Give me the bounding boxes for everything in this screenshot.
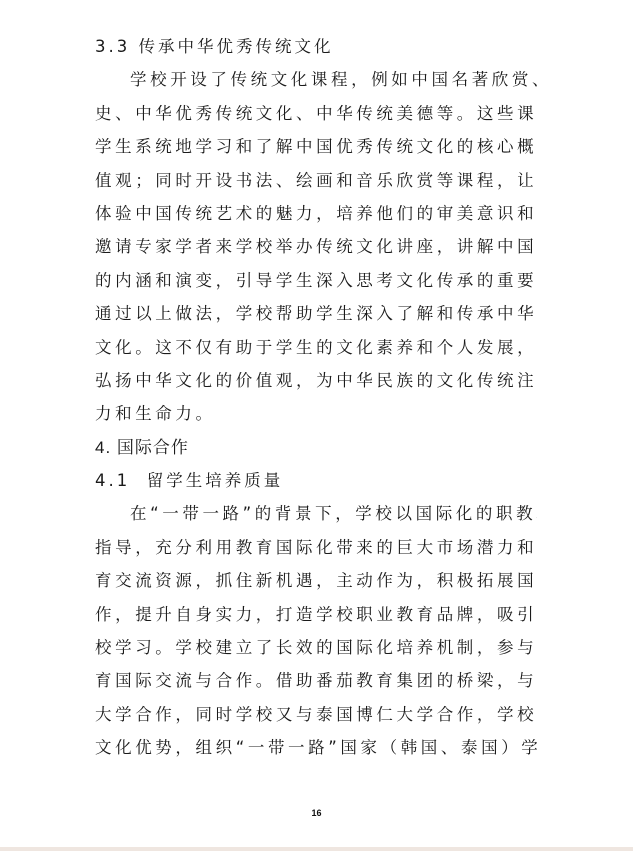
paragraph-line: 学生系统地学习和了解中国优秀传统文化的核心概念和价 [95, 130, 537, 163]
paragraph-line: 指导，充分利用教育国际化带来的巨大市场潜力和丰富的教 [95, 531, 537, 564]
paragraph-line: 的内涵和演变，引导学生深入思考文化传承的重要性。 [95, 264, 537, 297]
paragraph-line: 邀请专家学者来学校举办传统文化讲座，讲解中国传统文化 [95, 230, 537, 263]
section-heading-4: 4. 国际合作 [95, 431, 537, 464]
paragraph-line: 值观；同时开设书法、绘画和音乐欣赏等课程，让学生亲身 [95, 164, 537, 197]
paragraph-line: 育交流资源，抓住新机遇，主动作为，积极拓展国际交流合 [95, 564, 537, 597]
paragraph-line: 学校开设了传统文化课程，例如中国名著欣赏、中国历 [95, 63, 537, 96]
paragraph-line: 体验中国传统艺术的魅力，培养他们的审美意识和创造力； [95, 197, 537, 230]
paragraph-line: 通过以上做法，学校帮助学生深入了解和传承中华优秀传统 [95, 297, 537, 330]
paragraph-line: 史、中华优秀传统文化、中华传统美德等。这些课程可以让 [95, 97, 537, 130]
document-page: 3.3 传承中华优秀传统文化 学校开设了传统文化课程，例如中国名著欣赏、中国历 … [0, 0, 633, 847]
paragraph-line: 力和生命力。 [95, 397, 537, 430]
paragraph-line: 校学习。学校建立了长效的国际化培养机制，参与了职业教 [95, 631, 537, 664]
paragraph-line: 在“一带一路”的背景下，学校以国际化的职教理念为 [95, 497, 537, 530]
paragraph-line: 大学合作，同时学校又与泰国博仁大学合作，学校发挥齐鲁 [95, 698, 537, 731]
paragraph-line: 弘扬中华文化的价值观，为中华民族的文化传统注入新的活 [95, 364, 537, 397]
paragraph-line: 文化优势，组织“一带一路”国家（韩国、泰国）学生来华 [95, 731, 537, 764]
section-heading-3-3: 3.3 传承中华优秀传统文化 [95, 30, 537, 63]
section-heading-4-1: 4.1 留学生培养质量 [95, 464, 537, 497]
paragraph-line: 文化。这不仅有助于学生的文化素养和个人发展，还有助于 [95, 331, 537, 364]
paragraph-line: 作，提升自身实力，打造学校职业教育品牌，吸引留学生来 [95, 598, 537, 631]
page-content: 3.3 传承中华优秀传统文化 学校开设了传统文化课程，例如中国名著欣赏、中国历 … [95, 30, 537, 765]
paragraph-line: 育国际交流与合作。借助番茄教育集团的桥梁，与韩国航空 [95, 664, 537, 697]
page-number: 16 [0, 808, 633, 818]
